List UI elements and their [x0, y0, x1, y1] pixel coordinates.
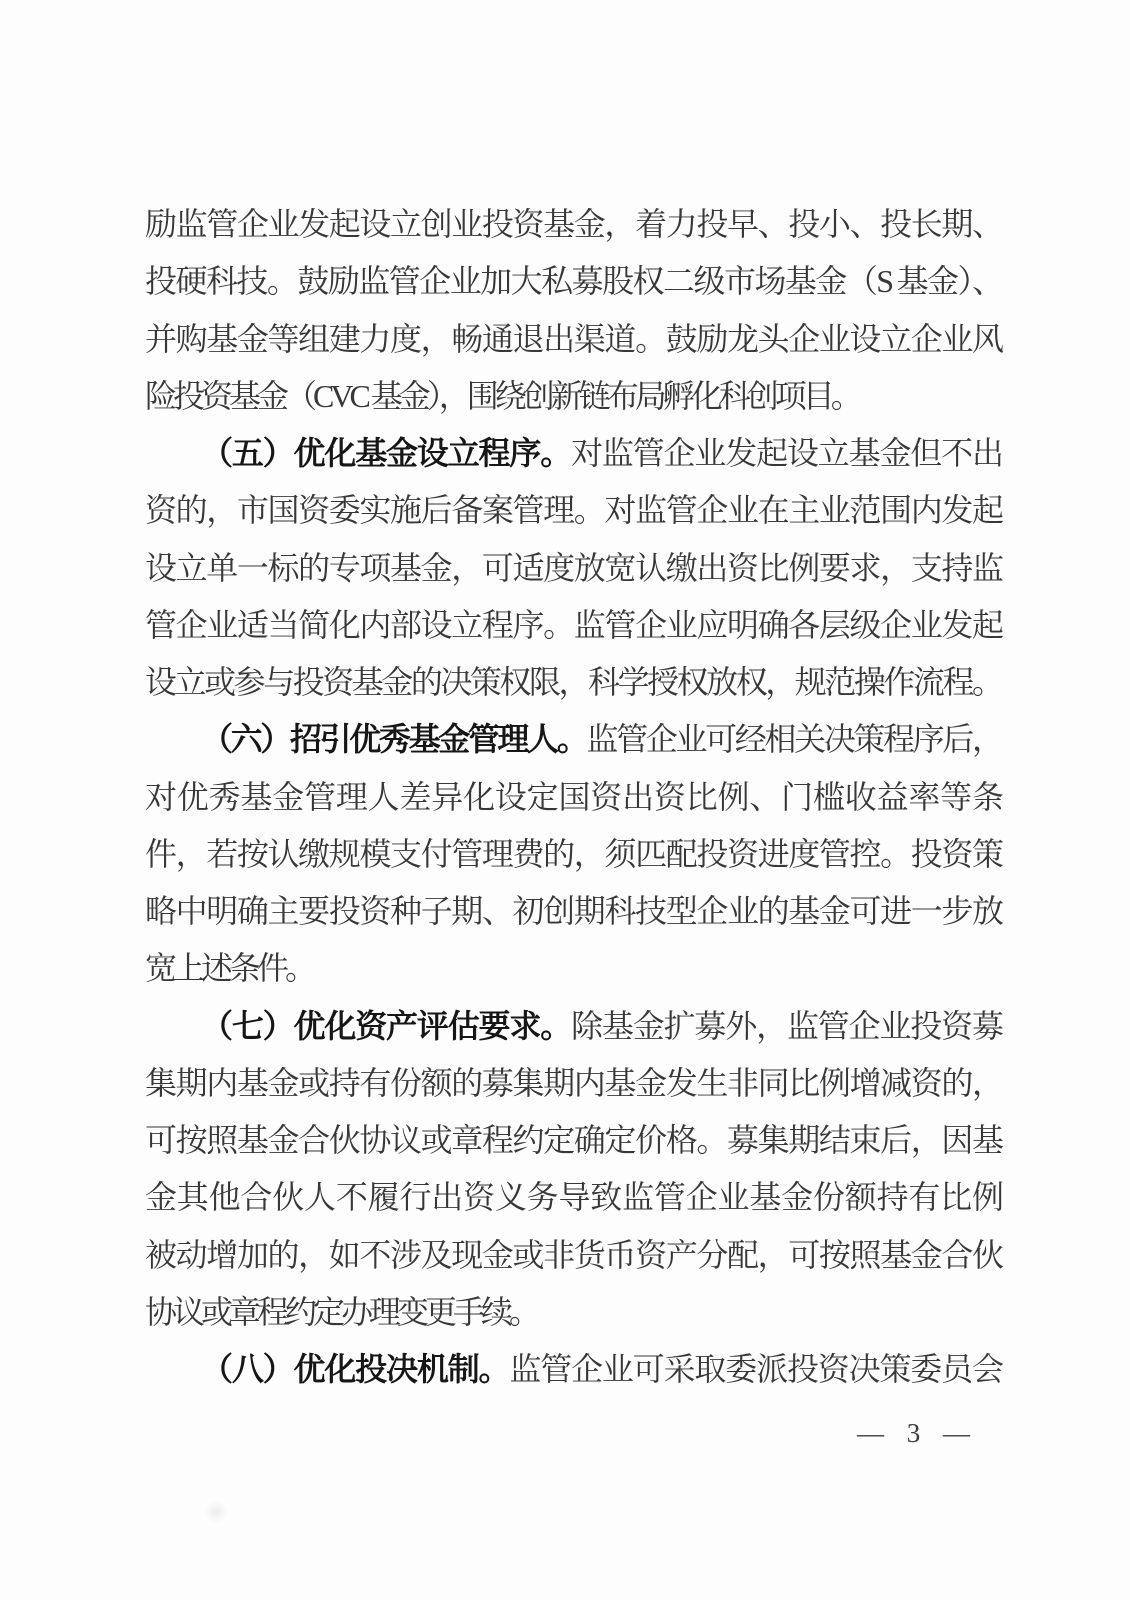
body-text: 金其他合伙人不履行出资义务导致监管企业基金份额持有比例 [145, 1179, 1000, 1215]
section-heading: （六）招引优秀基金管理人。 [201, 721, 587, 757]
section-heading: （五）优化基金设立程序。 [201, 435, 571, 471]
body-text: 对优秀基金管理人差异化设定国资出资比例、门槛收益率等条 [145, 779, 1000, 815]
text-line: 可按照基金合伙协议或章程约定确定价格。募集期结束后，因基 [145, 1112, 1000, 1169]
text-line: 投硬科技。鼓励监管企业加大私募股权二级市场基金（S 基金）、 [145, 253, 1000, 310]
text-line: 设立或参与投资基金的决策权限，科学授权放权，规范操作流程。 [145, 654, 1000, 711]
text-line: 险投资基金（CVC 基金），围绕创新链布局孵化科创项目。 [145, 368, 1000, 425]
text-line: 励监管企业发起设立创业投资基金，着力投早、投小、投长期、 [145, 196, 1000, 253]
body-text: 件，若按认缴规模支付管理费的，须匹配投资进度管控。投资策 [145, 836, 1000, 872]
text-line: 金其他合伙人不履行出资义务导致监管企业基金份额持有比例 [145, 1169, 1000, 1226]
text-line: 资的，市国资委实施后备案管理。对监管企业在主业范围内发起 [145, 482, 1000, 539]
body-text: 除基金扩募外，监管企业投资募 [571, 1008, 1000, 1044]
text-line: 管企业适当简化内部设立程序。监管企业应明确各层级企业发起 [145, 597, 1000, 654]
section-heading: （八）优化投决机制。 [201, 1351, 509, 1387]
scan-smudge [205, 1500, 227, 1524]
text-line: （八）优化投决机制。监管企业可采取委派投资决策委员会 [145, 1341, 1000, 1398]
body-text: 设立或参与投资基金的决策权限，科学授权放权，规范操作流程。 [145, 664, 1000, 700]
text-line: 宽上述条件。 [145, 940, 1000, 997]
body-text: 可按照基金合伙协议或章程约定确定价格。募集期结束后，因基 [145, 1122, 1000, 1158]
text-line: 被动增加的，如不涉及现金或非货币资产分配，可按照基金合伙 [145, 1227, 1000, 1284]
text-line: 协议或章程约定办理变更手续。 [145, 1284, 1000, 1341]
body-text: 并购基金等组建力度，畅通退出渠道。鼓励龙头企业设立企业风 [145, 321, 1000, 357]
body-text: 投硬科技。鼓励监管企业加大私募股权二级市场基金（S 基金）、 [145, 263, 1000, 299]
body-text: 监管企业可经相关决策程序后， [587, 721, 1001, 757]
text-line: 并购基金等组建力度，畅通退出渠道。鼓励龙头企业设立企业风 [145, 311, 1000, 368]
body-text: 监管企业可采取委派投资决策委员会 [509, 1351, 1000, 1387]
document-body: 励监管企业发起设立创业投资基金，着力投早、投小、投长期、投硬科技。鼓励监管企业加… [145, 196, 1000, 1398]
body-text: 宽上述条件。 [145, 950, 313, 986]
body-text: 被动增加的，如不涉及现金或非货币资产分配，可按照基金合伙 [145, 1237, 1000, 1273]
body-text: 设立单一标的专项基金，可适度放宽认缴出资比例要求，支持监 [145, 550, 1000, 586]
text-line: 设立单一标的专项基金，可适度放宽认缴出资比例要求，支持监 [145, 540, 1000, 597]
text-line: 对优秀基金管理人差异化设定国资出资比例、门槛收益率等条 [145, 769, 1000, 826]
section-heading: （七）优化资产评估要求。 [201, 1008, 571, 1044]
page-number: — 3 — [857, 1418, 978, 1449]
text-line: （六）招引优秀基金管理人。监管企业可经相关决策程序后， [145, 711, 1000, 768]
body-text: 对监管企业发起设立基金但不出 [571, 435, 1000, 471]
body-text: 协议或章程约定办理变更手续。 [145, 1294, 537, 1330]
text-line: （五）优化基金设立程序。对监管企业发起设立基金但不出 [145, 425, 1000, 482]
body-text: 励监管企业发起设立创业投资基金，着力投早、投小、投长期、 [145, 206, 1000, 242]
text-line: 件，若按认缴规模支付管理费的，须匹配投资进度管控。投资策 [145, 826, 1000, 883]
body-text: 管企业适当简化内部设立程序。监管企业应明确各层级企业发起 [145, 607, 1000, 643]
text-line: （七）优化资产评估要求。除基金扩募外，监管企业投资募 [145, 998, 1000, 1055]
document-page: 励监管企业发起设立创业投资基金，着力投早、投小、投长期、投硬科技。鼓励监管企业加… [0, 0, 1130, 1600]
text-line: 集期内基金或持有份额的募集期内基金发生非同比例增减资的， [145, 1055, 1000, 1112]
text-line: 略中明确主要投资种子期、初创期科技型企业的基金可进一步放 [145, 883, 1000, 940]
body-text: 险投资基金（CVC 基金），围绕创新链布局孵化科创项目。 [145, 378, 859, 414]
body-text: 集期内基金或持有份额的募集期内基金发生非同比例增减资的， [145, 1065, 1000, 1101]
body-text: 略中明确主要投资种子期、初创期科技型企业的基金可进一步放 [145, 893, 1000, 929]
body-text: 资的，市国资委实施后备案管理。对监管企业在主业范围内发起 [145, 492, 1000, 528]
